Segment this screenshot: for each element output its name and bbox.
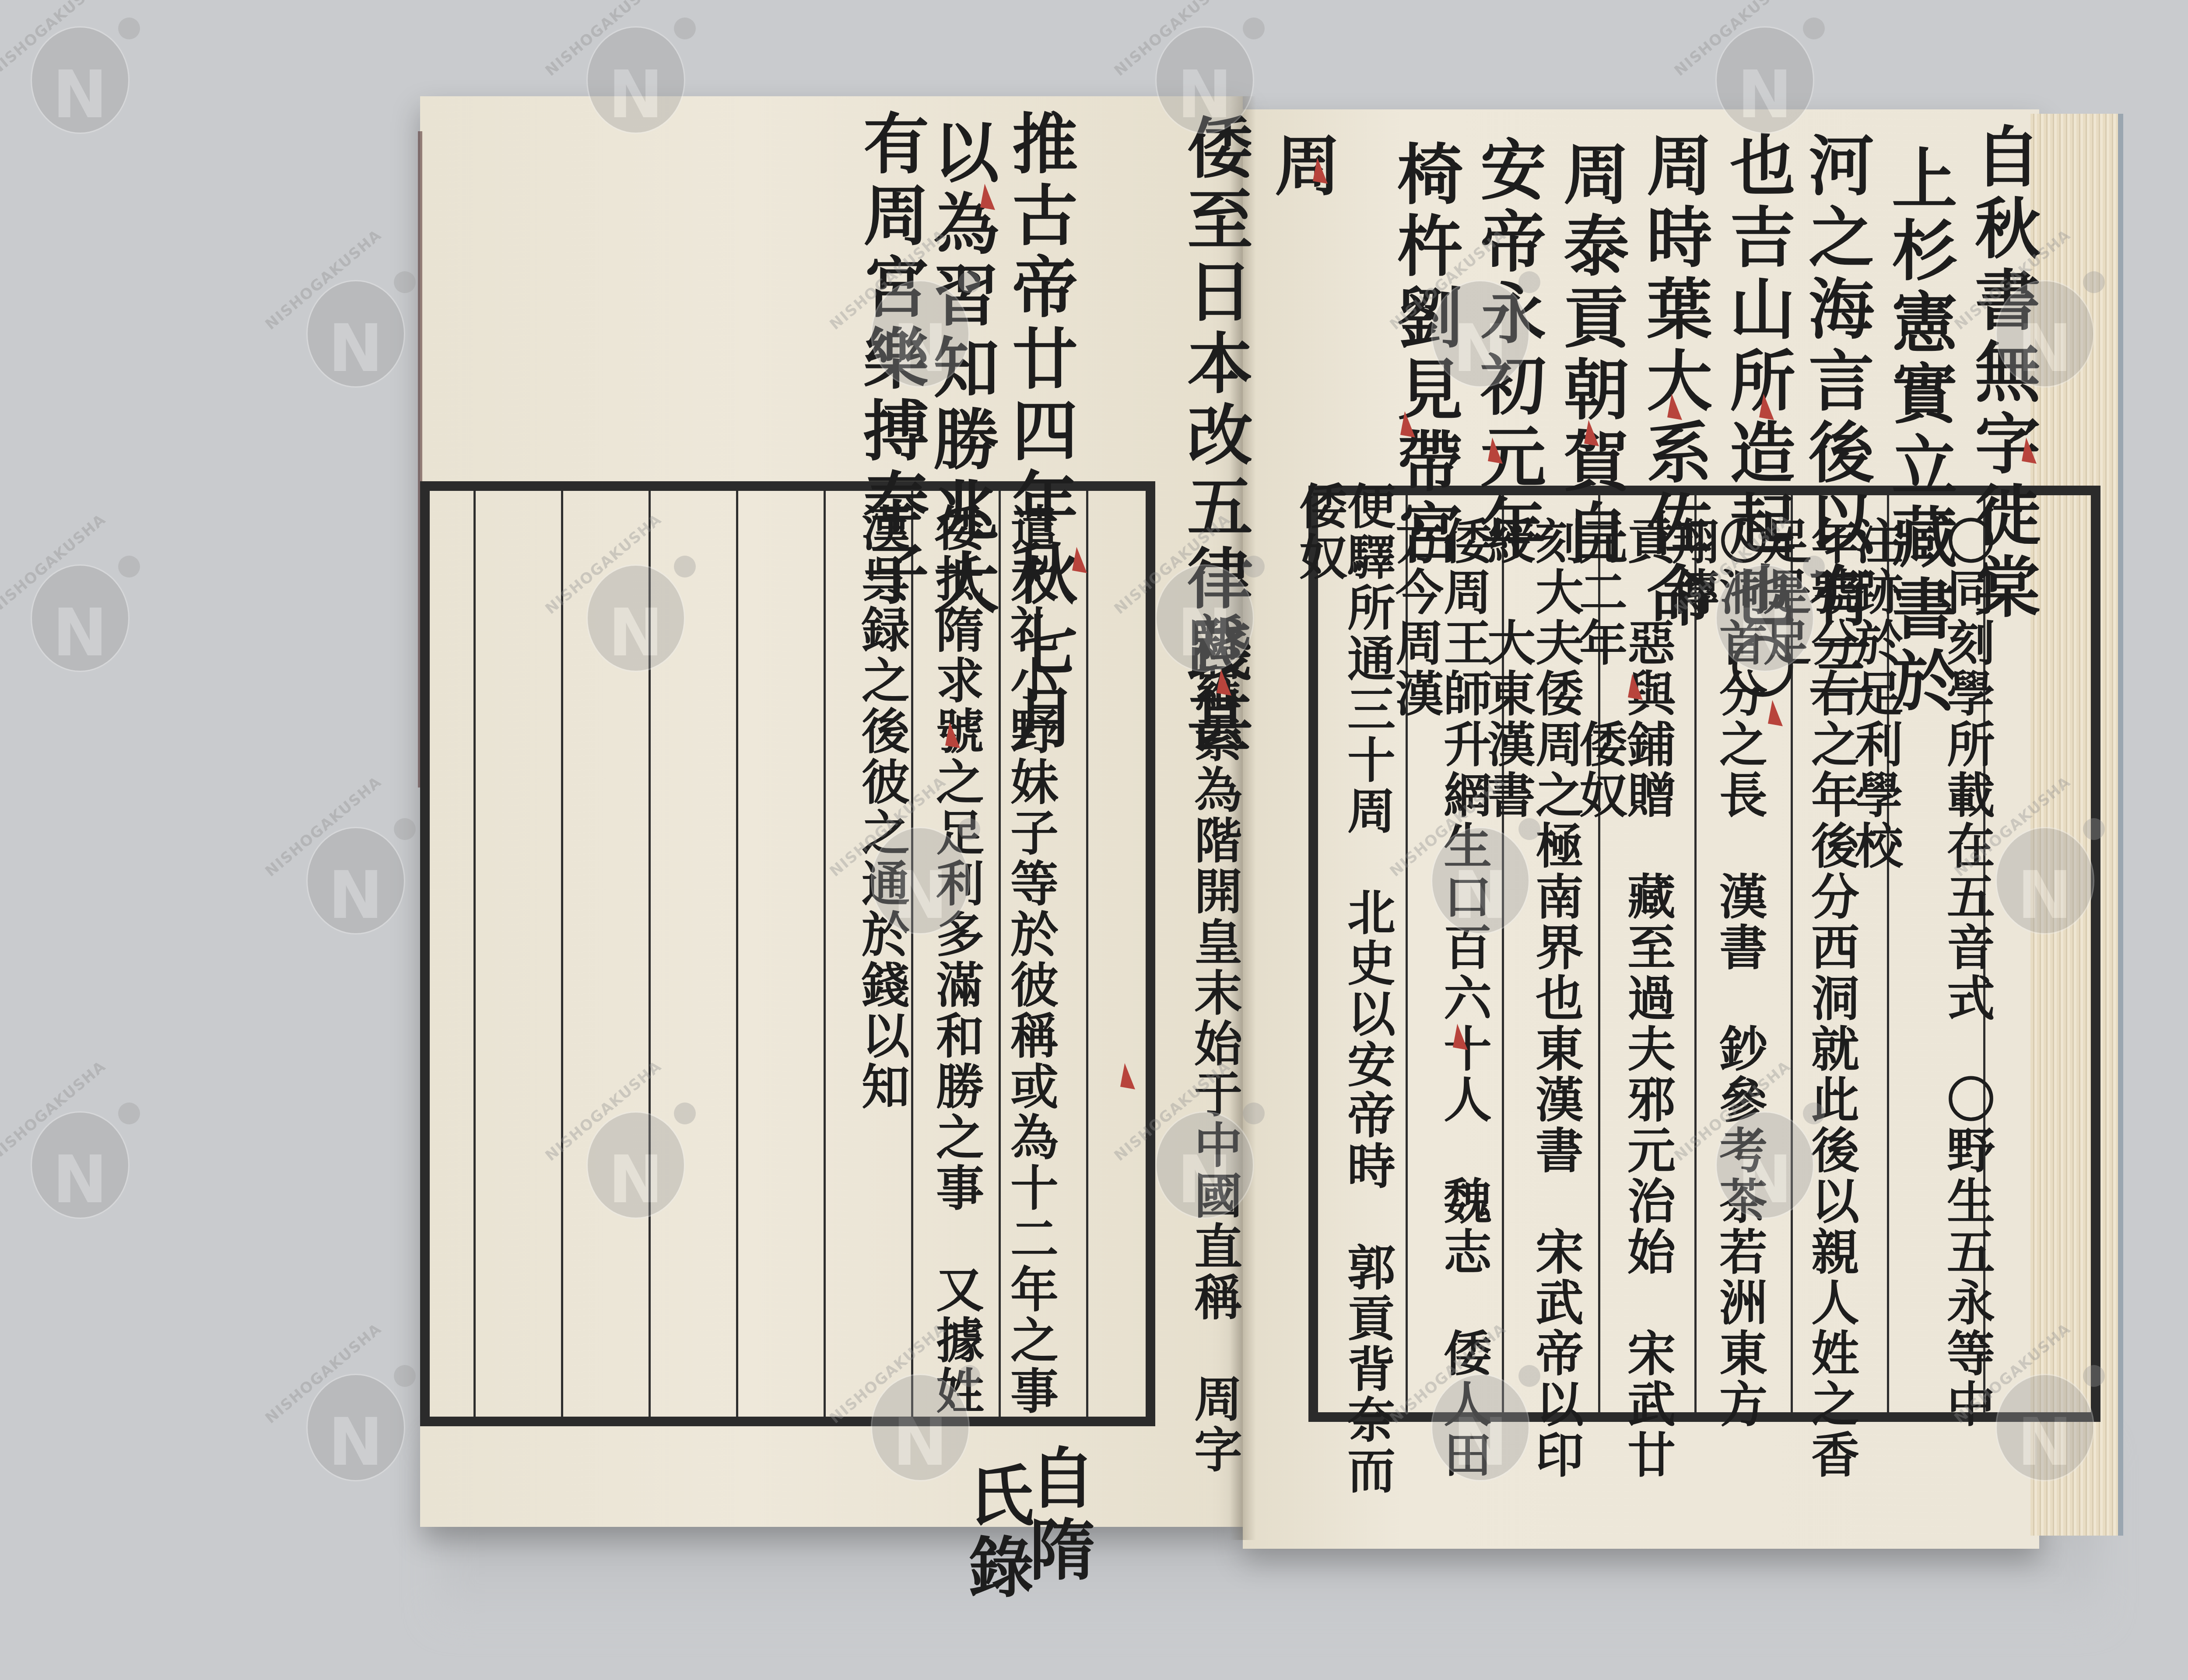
- text-column: 倭抵隋求號之足利多滿和勝之事 又據姓: [932, 503, 980, 1422]
- watermark-logo: NNISHOGAKUSHA: [569, 547, 700, 678]
- watermark-logo: NNISHOGAKUSHA: [1413, 809, 1545, 941]
- watermark-logo: NNISHOGAKUSHA: [1138, 9, 1269, 140]
- watermark-logo: NNISHOGAKUSHA: [853, 809, 985, 941]
- text-column: 周: [1269, 131, 1335, 203]
- watermark-logo: NNISHOGAKUSHA: [13, 9, 144, 140]
- column-rule: [736, 491, 738, 1417]
- watermark-logo: NNISHOGAKUSHA: [289, 262, 420, 394]
- text-column: 遣大礼小野妹子等於彼稱或為十二年之事: [1006, 503, 1055, 1466]
- column-rule: [911, 491, 913, 1417]
- watermark-logo: NNISHOGAKUSHA: [569, 1094, 700, 1225]
- watermark-logo: NNISHOGAKUSHA: [1413, 1356, 1545, 1487]
- column-rule: [824, 491, 826, 1417]
- watermark-logo: NNISHOGAKUSHA: [569, 9, 700, 140]
- watermark-logo: NNISHOGAKUSHA: [289, 1356, 420, 1487]
- column-rule: [561, 491, 563, 1417]
- watermark-logo: NNISHOGAKUSHA: [1698, 9, 1829, 140]
- watermark-logo: NNISHOGAKUSHA: [13, 547, 144, 678]
- watermark-logo: NNISHOGAKUSHA: [1978, 809, 2109, 941]
- watermark-logo: NNISHOGAKUSHA: [1698, 547, 1829, 678]
- watermark-logo: NNISHOGAKUSHA: [1978, 1356, 2109, 1487]
- text-column: 周泰貢朝賀自: [1558, 140, 1623, 570]
- watermark-logo: NNISHOGAKUSHA: [1413, 262, 1545, 394]
- watermark-logo: NNISHOGAKUSHA: [853, 262, 985, 394]
- watermark-logo: NNISHOGAKUSHA: [853, 1356, 985, 1487]
- watermark-logo: NNISHOGAKUSHA: [1978, 262, 2109, 394]
- watermark-logo: NNISHOGAKUSHA: [1138, 547, 1269, 678]
- column-rule: [473, 491, 476, 1417]
- watermark-logo: NNISHOGAKUSHA: [289, 809, 420, 941]
- watermark-logo: NNISHOGAKUSHA: [13, 1094, 144, 1225]
- text-column: 貢 惡與鋪贈 藏至過夫邪元治始 宋武廿元二年 倭奴: [1575, 516, 1672, 1522]
- watermark-logo: NNISHOGAKUSHA: [1698, 1094, 1829, 1225]
- text-column: 便驛所通三十周 北史以安帝時 郭貢背奈而倭奴: [1295, 481, 1392, 1531]
- text-column: 新羅素為階開皇末始于中國直稱 周字: [1190, 612, 1238, 1487]
- watermark-logo: NNISHOGAKUSHA: [1138, 1094, 1269, 1225]
- column-rule: [1086, 491, 1088, 1417]
